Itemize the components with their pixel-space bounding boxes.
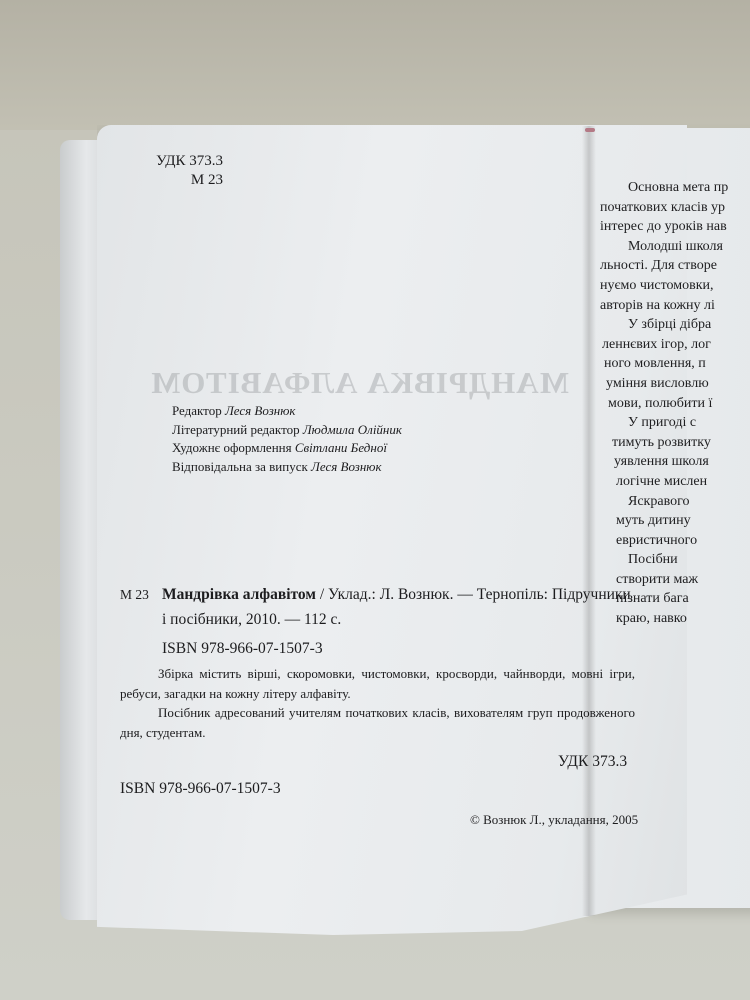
book-title: Мандрівка алфавітом: [162, 586, 316, 603]
right-page-line: створити маж: [600, 570, 728, 590]
udk-footer: УДК 373.3: [558, 753, 627, 771]
right-page-line: авторів на кожну лі: [600, 296, 728, 316]
book-gutter: [582, 126, 596, 916]
right-page-line: нуємо чистомовки,: [600, 276, 728, 296]
right-page-line: Молодші школя: [600, 237, 728, 257]
right-page-line: Основна мета пр: [600, 178, 728, 198]
right-page-line: леннєвих ігор, лог: [600, 335, 728, 355]
right-page-line: ного мовлення, п: [600, 354, 728, 374]
cover-edge: [585, 128, 595, 132]
udk-header: УДК 373.3 М 23: [145, 152, 223, 190]
isbn: ISBN 978-966-07-1507-3: [120, 636, 631, 661]
background-wall: [0, 0, 750, 130]
imprint-line2: і посібники, 2010. — 112 с.: [120, 607, 631, 632]
bleed-through-title: МАНДРІВКА АЛФАВІТОМ: [150, 365, 569, 401]
right-page-line: уявлення школя: [600, 452, 728, 472]
right-page-line: початкових класів ур: [600, 198, 728, 218]
right-page-line: мови, полюбити ї: [600, 394, 728, 414]
credit-line: Літературний редактор Людмила Олійник: [172, 421, 402, 440]
copyright: © Вознюк Л., укладання, 2005: [470, 812, 638, 828]
right-page-line: муть дитину: [600, 511, 728, 531]
right-page-line: льності. Для створе: [600, 256, 728, 276]
udk-code: УДК 373.3: [145, 152, 223, 171]
isbn-footer: ISBN 978-966-07-1507-3: [120, 780, 281, 798]
credit-line: Редактор Леся Вознюк: [172, 402, 402, 421]
right-page-line: пізнати бага: [600, 589, 728, 609]
right-page-line: уміння висловлю: [600, 374, 728, 394]
right-page-line: логічне мислен: [600, 472, 728, 492]
credits-block: Редактор Леся Вознюк Літературний редакт…: [172, 402, 402, 476]
credit-line: Відповідальна за випуск Леся Вознюк: [172, 458, 402, 477]
right-page-line: Яскравого: [600, 492, 728, 512]
author-mark: М 23: [120, 582, 162, 607]
right-page-line: Посібни: [600, 550, 728, 570]
author-mark: М 23: [145, 171, 223, 190]
right-page-line: тимуть розвитку: [600, 433, 728, 453]
abstract-paragraph: Збірка містить вірші, скоромовки, чистом…: [120, 664, 635, 703]
right-page-line: інтерес до уроків нав: [600, 217, 728, 237]
right-page-line: У пригоді с: [600, 413, 728, 433]
abstract-paragraph: Посібник адресований учителям початкових…: [120, 703, 635, 742]
bibliographic-record: М 23Мандрівка алфавітом / Уклад.: Л. Воз…: [120, 582, 631, 661]
right-page-text: Основна мета прпочаткових класів урінтер…: [600, 178, 728, 629]
right-page-line: краю, навко: [600, 609, 728, 629]
credit-line: Художнє оформлення Світлани Бедної: [172, 439, 402, 458]
right-page-line: У збірці дібра: [600, 315, 728, 335]
right-page-line: евристичного: [600, 531, 728, 551]
abstract: Збірка містить вірші, скоромовки, чистом…: [120, 664, 635, 742]
imprint: / Уклад.: Л. Вознюк. — Тернопіль: Підруч…: [316, 586, 631, 603]
